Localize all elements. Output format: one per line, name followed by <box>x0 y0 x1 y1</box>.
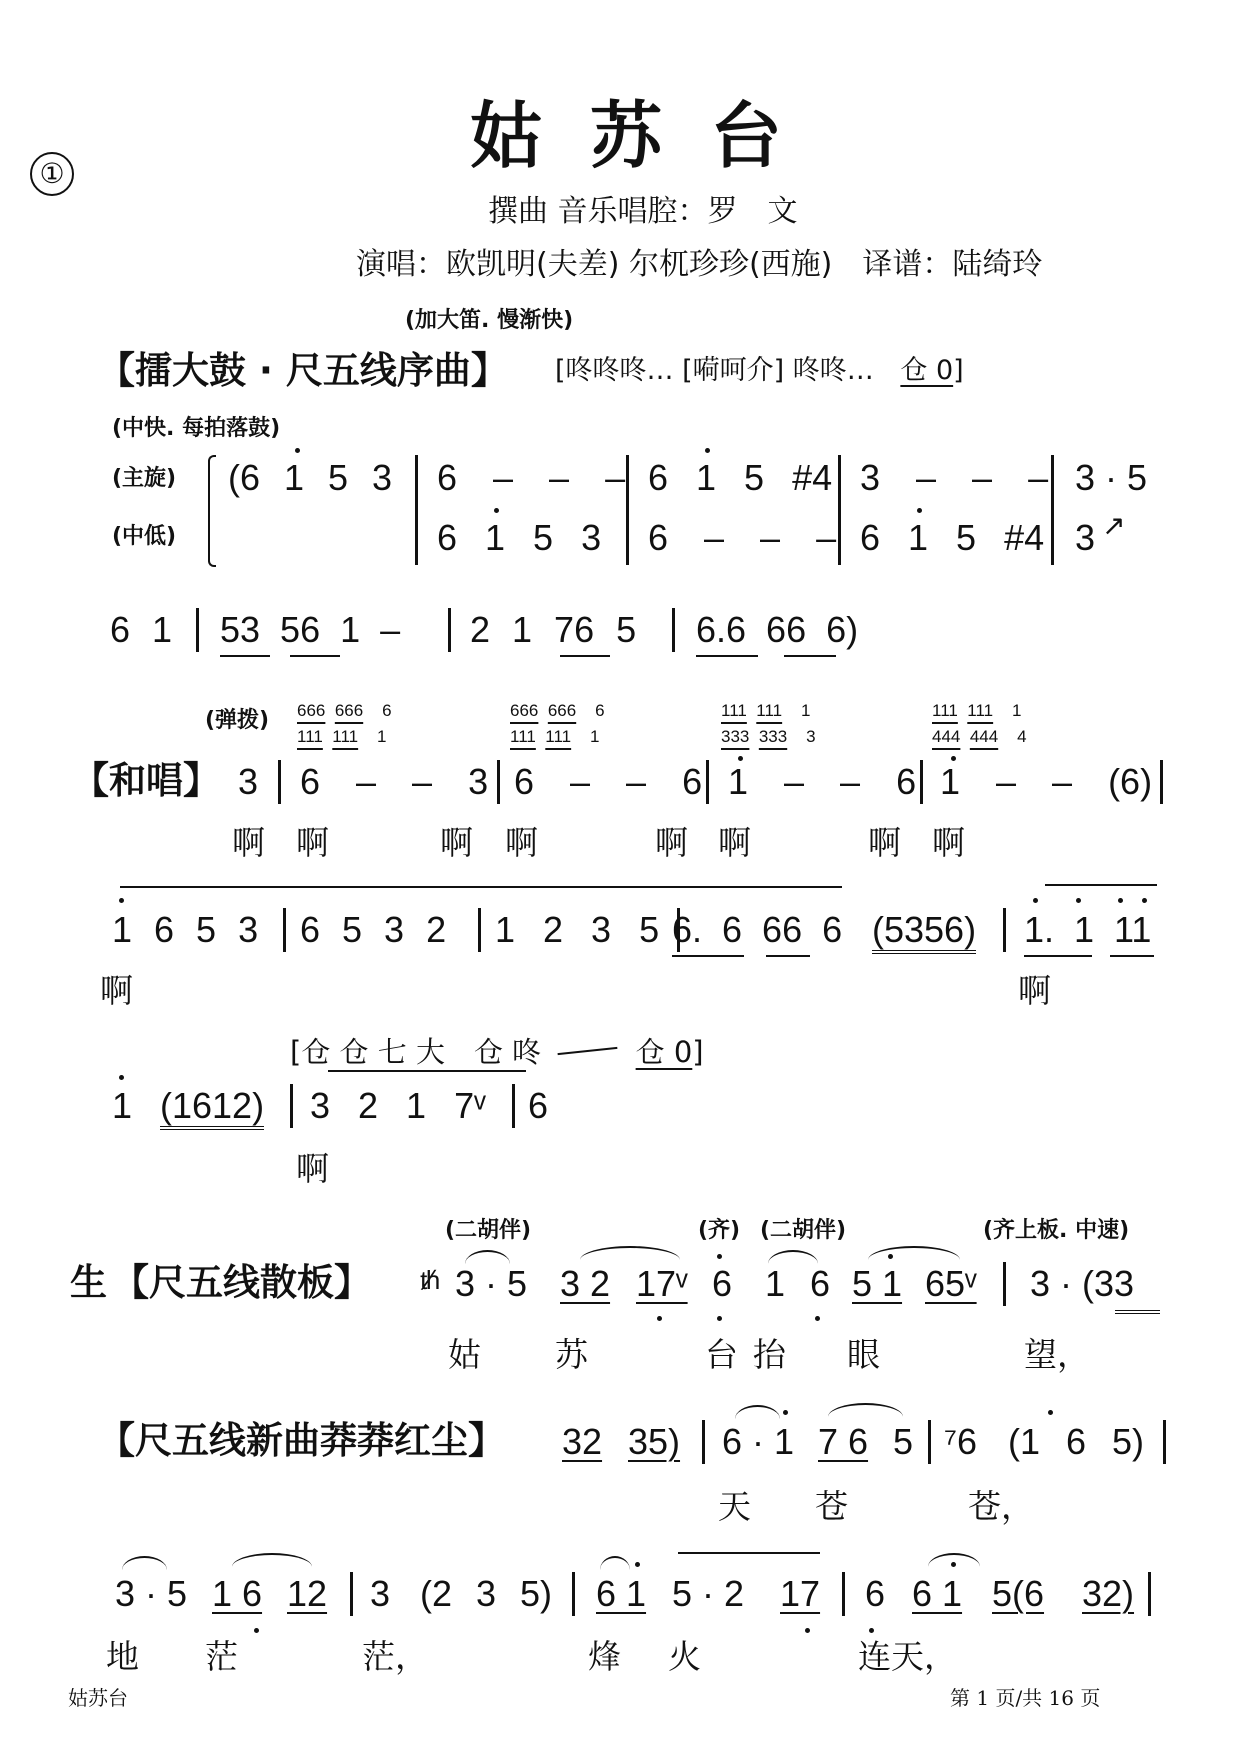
glissando-arrow-icon: ↗ <box>1102 512 1125 540</box>
last-note: 6 1 <box>596 1576 646 1612</box>
phrase-slur <box>678 1552 820 1554</box>
barline <box>672 608 675 652</box>
tempo-note: (中快. 每拍落鼓) <box>112 418 280 440</box>
chord-bottom: 111 <box>297 727 323 746</box>
percussion-end: 仓 0 <box>636 1035 693 1069</box>
lyric: 苏 <box>555 1338 588 1371</box>
barline <box>497 760 500 804</box>
line4-m2: 6 5 3 2 <box>300 912 446 948</box>
verse-note: 5 1 <box>852 1266 902 1302</box>
role-label: 生 <box>70 1264 107 1301</box>
line5-m1: 1 <box>112 1088 132 1124</box>
verse-note: 1 <box>765 1266 785 1302</box>
barline <box>838 455 841 565</box>
chord-bottom: 3 <box>806 727 815 746</box>
free-meter-icon: ᵺ <box>420 1268 440 1294</box>
barline <box>626 455 629 565</box>
chorus-m3: 1 – – 6 <box>728 764 916 800</box>
verse-note: 3 · 5 <box>455 1266 527 1302</box>
line2-m2: 53 56 1 – <box>220 612 400 648</box>
last-note: 3 · 5 <box>115 1576 187 1612</box>
slur <box>465 1250 510 1264</box>
lower-staff-m3: 6 – – – <box>648 520 836 556</box>
last-note: 6 <box>865 1576 885 1612</box>
upper-staff-m2: 6 – – – <box>437 460 625 496</box>
high-octave-dot <box>1076 898 1081 903</box>
last-note: (2 3 5) <box>420 1576 552 1612</box>
accomp-note: (二胡伴) <box>760 1220 846 1242</box>
lyric: 天 <box>718 1490 751 1523</box>
last-note: 32) <box>1082 1576 1134 1612</box>
lyric: 连天， <box>858 1640 957 1673</box>
footer-title: 姑苏台 <box>68 1688 128 1708</box>
phrase-slur <box>1045 884 1157 886</box>
slur <box>828 1403 903 1417</box>
new-tune-note: 7 6 <box>818 1424 868 1460</box>
chord-bottom: 1 <box>590 727 599 746</box>
last-note: 17 <box>780 1576 820 1612</box>
lyric: 啊 <box>100 974 133 1007</box>
barline <box>1148 1572 1151 1616</box>
lower-staff-m2: 6 1 5 3 <box>437 520 601 556</box>
barline <box>1003 1262 1006 1306</box>
percussion-line-2: [仓 仓 七 大 仓 咚 仓 0] <box>290 1038 704 1067</box>
high-octave-dot <box>1033 898 1038 903</box>
last-note: 3 <box>370 1576 390 1612</box>
percussion-line: [咚咚咚… [嗬呵介] 咚咚… 仓 0] <box>555 357 964 384</box>
high-octave-dot <box>1048 1410 1053 1415</box>
lyric: 苍， <box>968 1490 1034 1523</box>
pluck-label: (弹拨) <box>205 710 269 732</box>
lyric: 茫 <box>205 1640 238 1673</box>
section-title-new-tune: 【尺五线新曲莽莽红尘】 <box>98 1422 505 1459</box>
barline <box>702 1420 705 1464</box>
phrase-slur <box>328 1070 526 1072</box>
low-octave-dot <box>815 1316 820 1321</box>
lyric: 啊 <box>296 1152 329 1185</box>
high-octave-dot <box>783 1410 788 1415</box>
verse-note: 6 <box>810 1266 830 1302</box>
beam-underline <box>696 655 758 657</box>
lyric: 烽 <box>588 1640 621 1673</box>
high-octave-dot <box>917 508 922 513</box>
last-note: 5(6 <box>992 1576 1044 1612</box>
chord-top: 111 <box>932 701 958 720</box>
lyric: 眼 <box>847 1338 880 1371</box>
beam-underline <box>290 655 340 657</box>
chord-top: 666 <box>548 701 576 720</box>
percussion-close: ] <box>953 355 964 386</box>
barline <box>1160 760 1163 804</box>
percussion-text: [咚咚咚… [嗬呵介] 咚咚… <box>555 355 874 386</box>
high-octave-dot <box>1142 898 1147 903</box>
last-note: 6 1 <box>912 1576 962 1612</box>
low-octave-dot <box>254 1628 259 1633</box>
verse-note: 3 2 <box>560 1266 610 1302</box>
section-title-chorus: 【和唱】 <box>72 762 220 799</box>
verse-note: 3 · (33 <box>1030 1266 1134 1302</box>
percussion-end: 仓 0 <box>900 355 953 386</box>
phrase-slur <box>120 886 842 888</box>
chord-bottom: 111 <box>510 727 536 746</box>
lyric: 抬 <box>753 1338 786 1371</box>
line2-m4: 6.6 66 6) <box>696 612 858 648</box>
barline <box>706 760 709 804</box>
voice-label-main: (主旋) <box>112 468 176 490</box>
line4-interlude: (5356) <box>872 912 976 954</box>
high-octave-dot <box>705 448 710 453</box>
beam-underline <box>672 955 744 957</box>
chord-bottom: 333 <box>721 727 749 746</box>
chord-top: 666 <box>335 701 363 720</box>
beam-underline <box>560 655 610 657</box>
low-octave-dot <box>805 1628 810 1633</box>
chord-top: 1 <box>801 701 810 720</box>
chorus-m2: 6 – – 6 <box>514 764 702 800</box>
last-note: 1 6 <box>212 1576 262 1612</box>
low-octave-dot <box>869 1628 874 1633</box>
percussion-close: ] <box>692 1035 703 1069</box>
upper-staff-m1: (6 1 5 3 <box>228 460 392 496</box>
chord-top: 1 <box>1012 701 1021 720</box>
new-tune-note: 5 <box>893 1424 913 1460</box>
slur <box>600 1556 630 1570</box>
chord-bottom: 333 <box>759 727 787 746</box>
high-octave-dot <box>119 898 124 903</box>
double-underline <box>1115 1310 1160 1314</box>
verse-note: 6 <box>712 1266 732 1302</box>
beam-underline <box>220 655 270 657</box>
slur <box>768 1250 818 1264</box>
chorus-pickup: 3 <box>238 764 258 800</box>
line4-m4: 6. 6 66 6 <box>672 912 842 948</box>
chord-top: 111 <box>967 701 993 720</box>
lyric: 啊 <box>718 826 751 859</box>
lyric: 啊 <box>932 826 965 859</box>
chord-bottom: 1 <box>377 727 386 746</box>
lyric: 啊 <box>232 826 265 859</box>
crescendo-hairpin-icon <box>558 1047 619 1065</box>
pluck-chord-group-4: 111 111 1 444 444 4 <box>932 698 1027 749</box>
lyric: 火 <box>668 1640 701 1673</box>
high-octave-dot <box>635 1562 640 1567</box>
low-octave-dot <box>657 1316 662 1321</box>
beam-underline <box>784 655 836 657</box>
new-tune-note: (1 6 5) <box>1008 1424 1144 1460</box>
lyric: 姑 <box>448 1338 481 1371</box>
high-octave-dot <box>1118 898 1123 903</box>
high-octave-dot <box>951 1562 956 1567</box>
barline <box>196 608 199 652</box>
fermata-dot <box>717 1254 722 1259</box>
lyric: 地 <box>106 1640 139 1673</box>
new-tune-note: 35) <box>628 1424 680 1460</box>
chord-top: 666 <box>510 701 538 720</box>
upper-staff-m4: 3 – – – <box>860 460 1048 496</box>
lyric: 啊 <box>505 826 538 859</box>
beam-underline <box>1024 955 1092 957</box>
accomp-note: (齐上板. 中速) <box>983 1220 1129 1242</box>
barline <box>290 1084 293 1128</box>
lyric: 望， <box>1024 1338 1090 1371</box>
line5-interlude: (1612) <box>160 1088 264 1130</box>
chord-top: 6 <box>382 701 391 720</box>
new-tune-note: 6 · 1 <box>722 1424 794 1460</box>
high-octave-dot <box>119 1075 124 1080</box>
last-note: 5 · 2 <box>672 1576 744 1612</box>
chord-bottom: 111 <box>332 727 358 746</box>
instrument-note: (加大笛. 慢渐快) <box>405 310 573 332</box>
upper-staff-m3: 6 1 5 #4 <box>648 460 832 496</box>
high-octave-dot <box>295 448 300 453</box>
barline <box>1163 1420 1166 1464</box>
barline <box>283 908 286 952</box>
slur <box>735 1405 780 1419</box>
barline <box>920 760 923 804</box>
pluck-chord-group-2: 666 666 6 111 111 1 <box>510 698 605 749</box>
chorus-m1: 6 – – 3 <box>300 764 488 800</box>
accomp-note: (二胡伴) <box>445 1220 531 1242</box>
new-tune-note: 32 <box>562 1424 602 1460</box>
page-title: 姑苏台 <box>470 100 830 172</box>
accomp-note: (齐) <box>698 1220 740 1242</box>
last-note: 12 <box>287 1576 327 1612</box>
beam-underline <box>766 955 810 957</box>
chord-bottom: 111 <box>545 727 571 746</box>
chorus-m4: 1 – – (6) <box>940 764 1152 800</box>
barline <box>572 1572 575 1616</box>
chord-bottom: 444 <box>932 727 960 746</box>
pluck-chord-group-1: 666 666 6 111 111 1 <box>297 698 392 749</box>
performers-credit: 演唱：欧凯明(夫差) 尔杌珍珍(西施) 译谱：陆绮玲 <box>356 250 1042 280</box>
chord-top: 666 <box>297 701 325 720</box>
verse-note: 17ᵛ <box>636 1266 688 1302</box>
line4-m1: 1 6 5 3 <box>112 912 258 948</box>
line2-m3: 2 1 76 5 <box>470 612 636 648</box>
barline <box>415 455 418 565</box>
barline <box>448 608 451 652</box>
lower-staff-m4: 6 1 5 #4 <box>860 520 1044 556</box>
lyric: 啊 <box>655 826 688 859</box>
footer-page-number: 第 1 页/共 16 页 <box>950 1688 1100 1708</box>
line4-m3: 1 2 3 5 <box>495 912 659 948</box>
barline <box>842 1572 845 1616</box>
lyric: 苍 <box>815 1490 848 1523</box>
slur <box>122 1556 167 1570</box>
barline <box>278 760 281 804</box>
barline <box>350 1572 353 1616</box>
page-number-badge: ① <box>30 152 74 196</box>
slur <box>868 1246 960 1260</box>
lyric: 啊 <box>868 826 901 859</box>
line4-m5: 1. 1 11 <box>1024 912 1151 948</box>
slur <box>580 1246 680 1260</box>
section-title-sanban: 【尺五线散板】 <box>112 1264 371 1301</box>
upper-staff-m5: 3 · 5 <box>1075 460 1147 496</box>
chord-top: 111 <box>721 701 747 720</box>
barline <box>1003 908 1006 952</box>
chord-bottom: 4 <box>1017 727 1026 746</box>
high-octave-dot <box>888 1254 893 1259</box>
chord-top: 6 <box>595 701 604 720</box>
composer-credit: 撰曲 音乐唱腔：罗 文 <box>488 197 798 227</box>
lower-staff-m5: 3 <box>1075 520 1095 556</box>
lyric: 茫， <box>362 1640 428 1673</box>
low-octave-dot <box>717 1316 722 1321</box>
chord-bottom: 444 <box>970 727 998 746</box>
verse-note: 65ᵛ <box>925 1266 977 1302</box>
barline <box>928 1420 931 1464</box>
line5-m3: 6 <box>528 1088 548 1124</box>
line2-m1: 6 1 <box>110 612 172 648</box>
slur <box>232 1553 312 1567</box>
voice-label-low: (中低) <box>112 526 176 548</box>
barline <box>512 1084 515 1128</box>
high-octave-dot <box>494 508 499 513</box>
percussion-text: [仓 仓 七 大 仓 咚 <box>290 1035 541 1069</box>
high-octave-dot <box>738 756 743 761</box>
lyric: 台 <box>705 1338 738 1371</box>
line5-m2: 3 2 1 7ᵛ <box>310 1088 486 1124</box>
lyric: 啊 <box>440 826 473 859</box>
pluck-chord-group-3: 111 111 1 333 333 3 <box>721 698 816 749</box>
lyric: 啊 <box>296 826 329 859</box>
section-title-prelude: 【擂大鼓 · 尺五线序曲】 <box>98 352 508 389</box>
barline <box>478 908 481 952</box>
barline <box>1051 455 1054 565</box>
chord-top: 111 <box>756 701 782 720</box>
lyric: 啊 <box>1018 974 1051 1007</box>
new-tune-note: ⁷6 <box>944 1424 977 1460</box>
high-octave-dot <box>951 756 956 761</box>
staff-brace <box>208 455 216 567</box>
beam-underline <box>1110 955 1154 957</box>
